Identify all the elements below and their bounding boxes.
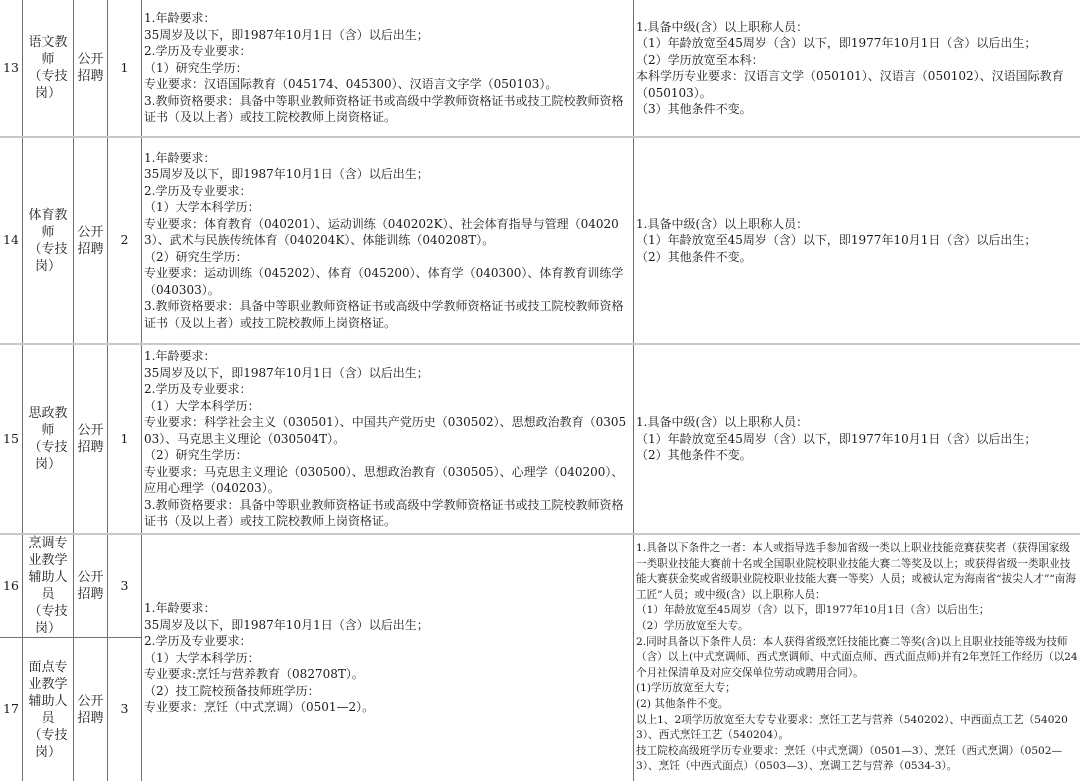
position-line: 员 — [25, 710, 71, 727]
position-line: 岗） — [25, 85, 71, 102]
relaxed-line: (1)学历放宽至大专； — [636, 681, 1078, 697]
table-row-16: 16 烹调专 业教学 辅助人 员 （专技 岗） 公开 招聘 3 1.年龄要求： … — [0, 534, 1080, 638]
relaxed-line: （1）年龄放宽至45周岁（含）以下，即1977年10月1日（含）以后出生； — [636, 232, 1078, 249]
position-line: （专技 — [25, 439, 71, 456]
requirement-line: 35周岁及以下，即1987年10月1日（含）以后出生； — [144, 365, 631, 382]
requirement-line: 1.年龄要求： — [144, 600, 631, 617]
relaxed-line: 本科学历专业要求：汉语言文学（050101）、汉语言（050102）、汉语国际教… — [636, 68, 1078, 101]
relaxed-line: 1.具备中级(含）以上职称人员： — [636, 216, 1078, 233]
requirement-line: 35周岁及以下，即1987年10月1日（含）以后出生； — [144, 27, 631, 44]
relaxed-line: （2）学历放宽至本科： — [636, 52, 1078, 69]
table-row-14: 14 体育教 师 （专技 岗） 公开 招聘 2 1.年龄要求： 35周岁及以下，… — [0, 137, 1080, 344]
requirement-line: 3.教师资格要求：具备中等职业教师资格证书或高级中学教师资格证书或技工院校教师资… — [144, 93, 631, 126]
position-line: 岗） — [25, 456, 71, 473]
requirement-line: 1.年龄要求： — [144, 10, 631, 27]
requirement-line: （1）大学本科学历： — [144, 650, 631, 667]
requirement-line: （2）研究生学历： — [144, 249, 631, 266]
recruitment-table: 13 语文教 师 （专技 岗） 公开 招聘 1 1.年龄要求： 35周岁及以下，… — [0, 0, 1080, 781]
row-number: 17 — [0, 638, 23, 781]
table-row-13: 13 语文教 师 （专技 岗） 公开 招聘 1 1.年龄要求： 35周岁及以下，… — [0, 0, 1080, 137]
position-name: 体育教 师 （专技 岗） — [23, 137, 74, 344]
method-line: 公开 — [76, 693, 105, 710]
recruit-method: 公开 招聘 — [74, 0, 108, 137]
relaxed-conditions-cell-shared: 1.具备以下条件之一者：本人或指导选手参加省级一类以上职业技能竞赛获奖者（获得国… — [634, 534, 1080, 781]
requirement-line: （1）研究生学历： — [144, 60, 631, 77]
method-line: 招聘 — [76, 439, 105, 456]
requirement-line: 2.学历及专业要求： — [144, 381, 631, 398]
relaxed-conditions-cell: 1.具备中级(含）以上职称人员： （1）年龄放宽至45周岁（含）以下，即1977… — [634, 344, 1080, 534]
requirement-line: 专业要求：马克思主义理论（030500）、思想政治教育（030505）、心理学（… — [144, 464, 631, 497]
headcount: 3 — [108, 638, 142, 781]
relaxed-line: （2）学历放宽至大专。 — [636, 619, 1078, 635]
position-line: 思政教 — [25, 405, 71, 422]
requirement-line: 专业要求：运动训练（045202）、体育（045200）、体育学（040300）… — [144, 265, 631, 298]
requirement-line: 专业要求:烹饪与营养教育（082708T）。 — [144, 666, 631, 683]
relaxed-line: （3）其他条件不变。 — [636, 101, 1078, 118]
row-number: 13 — [0, 0, 23, 137]
position-line: 辅助人 — [25, 569, 71, 586]
requirement-line: （1）大学本科学历： — [144, 199, 631, 216]
requirement-line: （2）研究生学历： — [144, 447, 631, 464]
relaxed-line: （1）年龄放宽至45周岁（含）以下，即1977年10月1日（含）以后出生； — [636, 603, 1078, 619]
requirements-cell-shared: 1.年龄要求： 35周岁及以下，即1987年10月1日（含）以后出生； 2.学历… — [142, 534, 634, 781]
requirement-line: 1.年龄要求： — [144, 150, 631, 167]
method-line: 招聘 — [76, 710, 105, 727]
requirement-line: 专业要求：科学社会主义（030501）、中国共产党历史（030502）、思想政治… — [144, 414, 631, 447]
method-line: 招聘 — [76, 586, 105, 603]
headcount: 2 — [108, 137, 142, 344]
requirement-line: 35周岁及以下，即1987年10月1日（含）以后出生； — [144, 617, 631, 634]
relaxed-line: （2）其他条件不变。 — [636, 249, 1078, 266]
table-row-15: 15 思政教 师 （专技 岗） 公开 招聘 1 1.年龄要求： 35周岁及以下，… — [0, 344, 1080, 534]
position-line: 岗） — [25, 744, 71, 761]
relaxed-line: 以上1、2项学历放宽至大专专业要求：烹饪工艺与营养（540202）、中西面点工艺… — [636, 713, 1078, 744]
row-number: 16 — [0, 534, 23, 638]
method-line: 公开 — [76, 569, 105, 586]
requirement-line: 专业要求：汉语国际教育（045174、045300）、汉语言文字学（050103… — [144, 76, 631, 93]
relaxed-line: 1.具备中级(含）以上职称人员： — [636, 414, 1078, 431]
position-line: 师 — [25, 51, 71, 68]
position-line: （专技 — [25, 603, 71, 620]
method-line: 公开 — [76, 422, 105, 439]
requirements-cell: 1.年龄要求： 35周岁及以下，即1987年10月1日（含）以后出生； 2.学历… — [142, 344, 634, 534]
position-line: 师 — [25, 224, 71, 241]
requirement-line: 2.学历及专业要求： — [144, 43, 631, 60]
position-line: （专技 — [25, 68, 71, 85]
requirement-line: 专业要求：体育教育（040201）、运动训练（040202K）、社会体育指导与管… — [144, 216, 631, 249]
position-name: 语文教 师 （专技 岗） — [23, 0, 74, 137]
position-name: 面点专 业教学 辅助人 员 （专技 岗） — [23, 638, 74, 781]
position-line: 面点专 — [25, 659, 71, 676]
requirement-line: 专业要求：烹饪（中式烹调）（0501—2）。 — [144, 699, 631, 716]
relaxed-line: （2）其他条件不变。 — [636, 447, 1078, 464]
recruit-method: 公开 招聘 — [74, 534, 108, 638]
headcount: 3 — [108, 534, 142, 638]
position-line: 员 — [25, 586, 71, 603]
position-line: 业教学 — [25, 552, 71, 569]
requirement-line: 3.教师资格要求：具备中等职业教师资格证书或高级中学教师资格证书或技工院校教师资… — [144, 497, 631, 530]
method-line: 公开 — [76, 51, 105, 68]
requirement-line: （2）技工院校预备技师班学历： — [144, 683, 631, 700]
requirement-line: 2.学历及专业要求： — [144, 633, 631, 650]
requirement-line: 3.教师资格要求：具备中等职业教师资格证书或高级中学教师资格证书或技工院校教师资… — [144, 298, 631, 331]
position-line: 体育教 — [25, 207, 71, 224]
recruit-method: 公开 招聘 — [74, 137, 108, 344]
headcount: 1 — [108, 0, 142, 137]
requirements-cell: 1.年龄要求： 35周岁及以下，即1987年10月1日（含）以后出生； 2.学历… — [142, 0, 634, 137]
relaxed-conditions-cell: 1.具备中级(含）以上职称人员： （1）年龄放宽至45周岁（含）以下，即1977… — [634, 137, 1080, 344]
relaxed-line: （1）年龄放宽至45周岁（含）以下，即1977年10月1日（含）以后出生； — [636, 35, 1078, 52]
position-line: （专技 — [25, 241, 71, 258]
position-line: 烹调专 — [25, 535, 71, 552]
position-line: （专技 — [25, 727, 71, 744]
relaxed-line: 1.具备以下条件之一者：本人或指导选手参加省级一类以上职业技能竞赛获奖者（获得国… — [636, 541, 1078, 603]
recruit-method: 公开 招聘 — [74, 638, 108, 781]
position-line: 岗） — [25, 620, 71, 637]
requirement-line: 2.学历及专业要求： — [144, 183, 631, 200]
recruit-method: 公开 招聘 — [74, 344, 108, 534]
row-number: 14 — [0, 137, 23, 344]
requirement-line: （1）大学本科学历： — [144, 398, 631, 415]
relaxed-line: 技工院校高级班学历专业要求：烹饪（中式烹调）（0501—3）、烹饪（西式烹调）（… — [636, 744, 1078, 775]
relaxed-line: 1.具备中级(含）以上职称人员： — [636, 19, 1078, 36]
requirement-line: 1.年龄要求： — [144, 348, 631, 365]
requirement-line: 35周岁及以下，即1987年10月1日（含）以后出生； — [144, 166, 631, 183]
relaxed-line: （1）年龄放宽至45周岁（含）以下，即1977年10月1日（含）以后出生； — [636, 431, 1078, 448]
position-line: 语文教 — [25, 34, 71, 51]
position-line: 业教学 — [25, 676, 71, 693]
method-line: 公开 — [76, 224, 105, 241]
position-line: 岗） — [25, 258, 71, 275]
position-line: 辅助人 — [25, 693, 71, 710]
relaxed-line: 2.同时具备以下条件人员：本人获得省级烹饪技能比赛二等奖(含)以上且职业技能等级… — [636, 635, 1078, 682]
relaxed-line: (2) 其他条件不变。 — [636, 697, 1078, 713]
method-line: 招聘 — [76, 68, 105, 85]
headcount: 1 — [108, 344, 142, 534]
requirements-cell: 1.年龄要求： 35周岁及以下，即1987年10月1日（含）以后出生； 2.学历… — [142, 137, 634, 344]
row-number: 15 — [0, 344, 23, 534]
method-line: 招聘 — [76, 241, 105, 258]
position-line: 师 — [25, 422, 71, 439]
position-name: 思政教 师 （专技 岗） — [23, 344, 74, 534]
position-name: 烹调专 业教学 辅助人 员 （专技 岗） — [23, 534, 74, 638]
relaxed-conditions-cell: 1.具备中级(含）以上职称人员： （1）年龄放宽至45周岁（含）以下，即1977… — [634, 0, 1080, 137]
